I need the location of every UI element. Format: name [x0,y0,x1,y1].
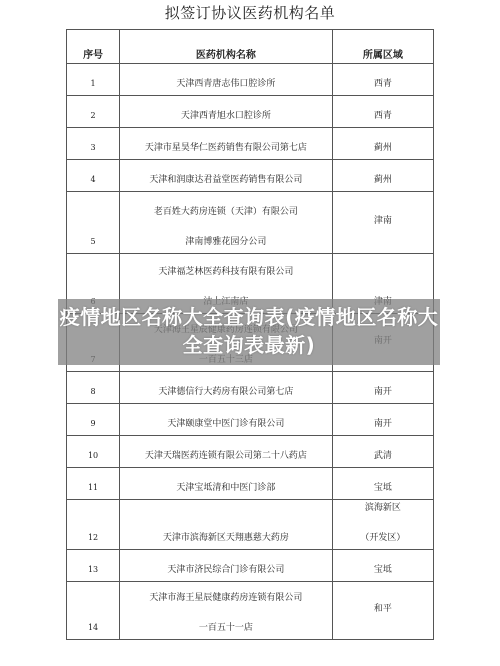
cell-region: 津南 [332,192,433,254]
table-row: 1天津西青唐志伟口腔诊所西青 [67,64,434,96]
cell-serial-number: 9 [67,404,120,436]
region-line1: 西青 [374,79,392,89]
overlay-title: 疫情地区名称大全查询表(疫情地区名称大全查询表最新) [58,303,440,359]
organization-name-line1: 天津市济民综合门诊有限公司 [167,565,284,575]
cell-organization-name: 天津市济民综合门诊有限公司 [120,550,333,582]
cell-organization-name: 天津和润康达君益堂医药销售有限公司 [120,160,333,192]
header-region: 所属区域 [332,30,433,64]
cell-serial-number: 2 [67,96,120,128]
region-line1: 宝坻 [374,565,392,575]
header-organization-name: 医药机构名称 [120,30,333,64]
cell-organization-name: 天津宝坻清和中医门诊部 [120,468,333,500]
cell-region: 武清 [332,436,433,468]
cell-region: 宝坻 [332,468,433,500]
organization-name-line1: 天津市滨海新区天翔惠慈大药房 [163,533,289,543]
cell-organization-name: 天津市海王星辰健康药房连锁有限公司一百五十一店 [120,582,333,640]
organization-name-line1: 天津福芝林医药科技有限有限公司 [158,267,293,277]
table-row: 10天津天瑞医药连锁有限公司第二十八药店武清 [67,436,434,468]
region-line1: 宝坻 [374,483,392,493]
table-row: 11天津宝坻清和中医门诊部宝坻 [67,468,434,500]
cell-organization-name: 天津西青唐志伟口腔诊所 [120,64,333,96]
cell-region: 和平 [332,582,433,640]
cell-serial-number: 5 [67,192,120,254]
table-row: 8天津德信行大药房有限公司第七店南开 [67,372,434,404]
cell-organization-name: 天津市星昊华仁医药销售有限公司第七店 [120,128,333,160]
document-title: 拟签订协议医药机构名单 [0,2,500,23]
organization-name-line1: 天津市星昊华仁医药销售有限公司第七店 [145,143,307,153]
region-line2: （开发区） [333,530,433,543]
cell-organization-name: 天津西青旭水口腔诊所 [120,96,333,128]
region-line1: 蓟州 [374,143,392,153]
cell-serial-number: 4 [67,160,120,192]
region-line1: 滨海新区 [365,503,401,513]
cell-region: 蓟州 [332,128,433,160]
cell-serial-number: 1 [67,64,120,96]
cell-organization-name: 天津颐康堂中医门诊有限公司 [120,404,333,436]
organization-name-line2: 津南博雅花园分公司 [120,234,332,247]
cell-serial-number: 3 [67,128,120,160]
cell-organization-name: 老百姓大药房连锁（天津）有限公司津南博雅花园分公司 [120,192,333,254]
cell-region: 南开 [332,372,433,404]
cell-organization-name: 天津德信行大药房有限公司第七店 [120,372,333,404]
table-row: 9天津颐康堂中医门诊有限公司南开 [67,404,434,436]
table-row: 2天津西青旭水口腔诊所西青 [67,96,434,128]
cell-serial-number: 10 [67,436,120,468]
region-line1: 南开 [374,387,392,397]
header-serial-number: 序号 [67,30,120,64]
table-row: 3天津市星昊华仁医药销售有限公司第七店蓟州 [67,128,434,160]
cell-serial-number: 12 [67,500,120,550]
organization-name-line1: 天津颐康堂中医门诊有限公司 [167,419,284,429]
cell-region: 西青 [332,64,433,96]
organization-name-line1: 天津天瑞医药连锁有限公司第二十八药店 [145,451,307,461]
table-row: 4天津和润康达君益堂医药销售有限公司蓟州 [67,160,434,192]
organization-name-line1: 天津西青唐志伟口腔诊所 [176,79,275,89]
table-row: 12天津市滨海新区天翔惠慈大药房滨海新区（开发区） [67,500,434,550]
cell-region: 滨海新区（开发区） [332,500,433,550]
table-row: 13天津市济民综合门诊有限公司宝坻 [67,550,434,582]
region-line1: 和平 [374,604,392,614]
cell-region: 西青 [332,96,433,128]
organization-name-line1: 天津宝坻清和中医门诊部 [176,483,275,493]
organization-name-line1: 老百姓大药房连锁（天津）有限公司 [154,207,298,217]
organization-name-line1: 天津德信行大药房有限公司第七店 [158,387,293,397]
region-line1: 蓟州 [374,175,392,185]
cell-region: 蓟州 [332,160,433,192]
organization-name-line1: 天津市海王星辰健康药房连锁有限公司 [149,593,302,603]
table-row: 5老百姓大药房连锁（天津）有限公司津南博雅花园分公司津南 [67,192,434,254]
cell-region: 宝坻 [332,550,433,582]
cell-serial-number: 13 [67,550,120,582]
region-line1: 西青 [374,111,392,121]
cell-region: 南开 [332,404,433,436]
cell-organization-name: 天津市滨海新区天翔惠慈大药房 [120,500,333,550]
cell-serial-number: 11 [67,468,120,500]
cell-serial-number: 8 [67,372,120,404]
region-line1: 南开 [374,419,392,429]
cell-organization-name: 天津天瑞医药连锁有限公司第二十八药店 [120,436,333,468]
cell-serial-number: 14 [67,582,120,640]
table-row: 14天津市海王星辰健康药房连锁有限公司一百五十一店和平 [67,582,434,640]
organization-name-line1: 天津西青旭水口腔诊所 [181,111,271,121]
region-line1: 武清 [374,451,392,461]
region-line1: 津南 [374,216,392,226]
organization-name-line1: 天津和润康达君益堂医药销售有限公司 [149,175,302,185]
table-header-row: 序号 医药机构名称 所属区域 [67,30,434,64]
organization-name-line2: 一百五十一店 [120,620,332,633]
